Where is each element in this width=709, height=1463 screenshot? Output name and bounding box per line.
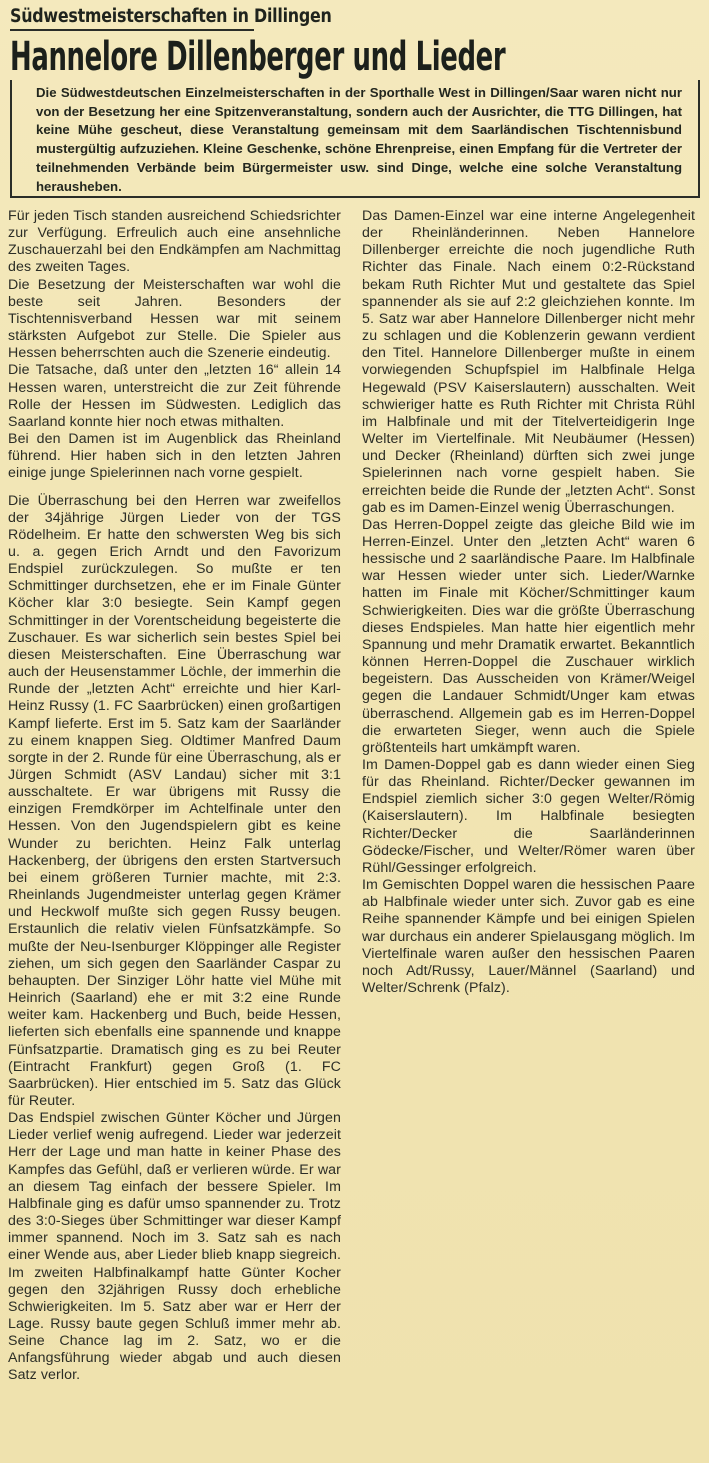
paragraph: Für jeden Tisch standen ausreichend Schi… [8,208,341,277]
article-kicker: Südwestmeisterschaften in Dillingen [10,6,332,27]
left-column: Für jeden Tisch standen ausreichend Schi… [8,208,341,1385]
right-column: Das Damen-Einzel war eine interne Angele… [362,208,695,997]
paragraph: Die Überraschung bei den Herren war zwei… [8,493,341,1111]
paragraph: Im Damen-Doppel gab es dann wieder einen… [362,757,695,877]
paragraph: Die Tatsache, daß unter den „letzten 16“… [8,362,341,431]
paragraph: Im Gemischten Doppel waren die hessische… [362,877,695,997]
paragraph: Bei den Damen ist im Augenblick das Rhei… [8,431,341,482]
paragraph: Das Damen-Einzel war eine interne Angele… [362,208,695,517]
paragraph: Die Besetzung der Meisterschaften war wo… [8,277,341,363]
paragraph: Das Endspiel zwischen Günter Köcher und … [8,1110,341,1385]
kicker-underline [10,29,254,31]
paragraph: Das Herren-Doppel zeigte das gleiche Bil… [362,517,695,757]
article-headline: Hannelore Dillenberger und Lieder [10,34,505,80]
article-lead: Die Südwestdeutschen Einzelmeisterschaft… [36,84,682,196]
